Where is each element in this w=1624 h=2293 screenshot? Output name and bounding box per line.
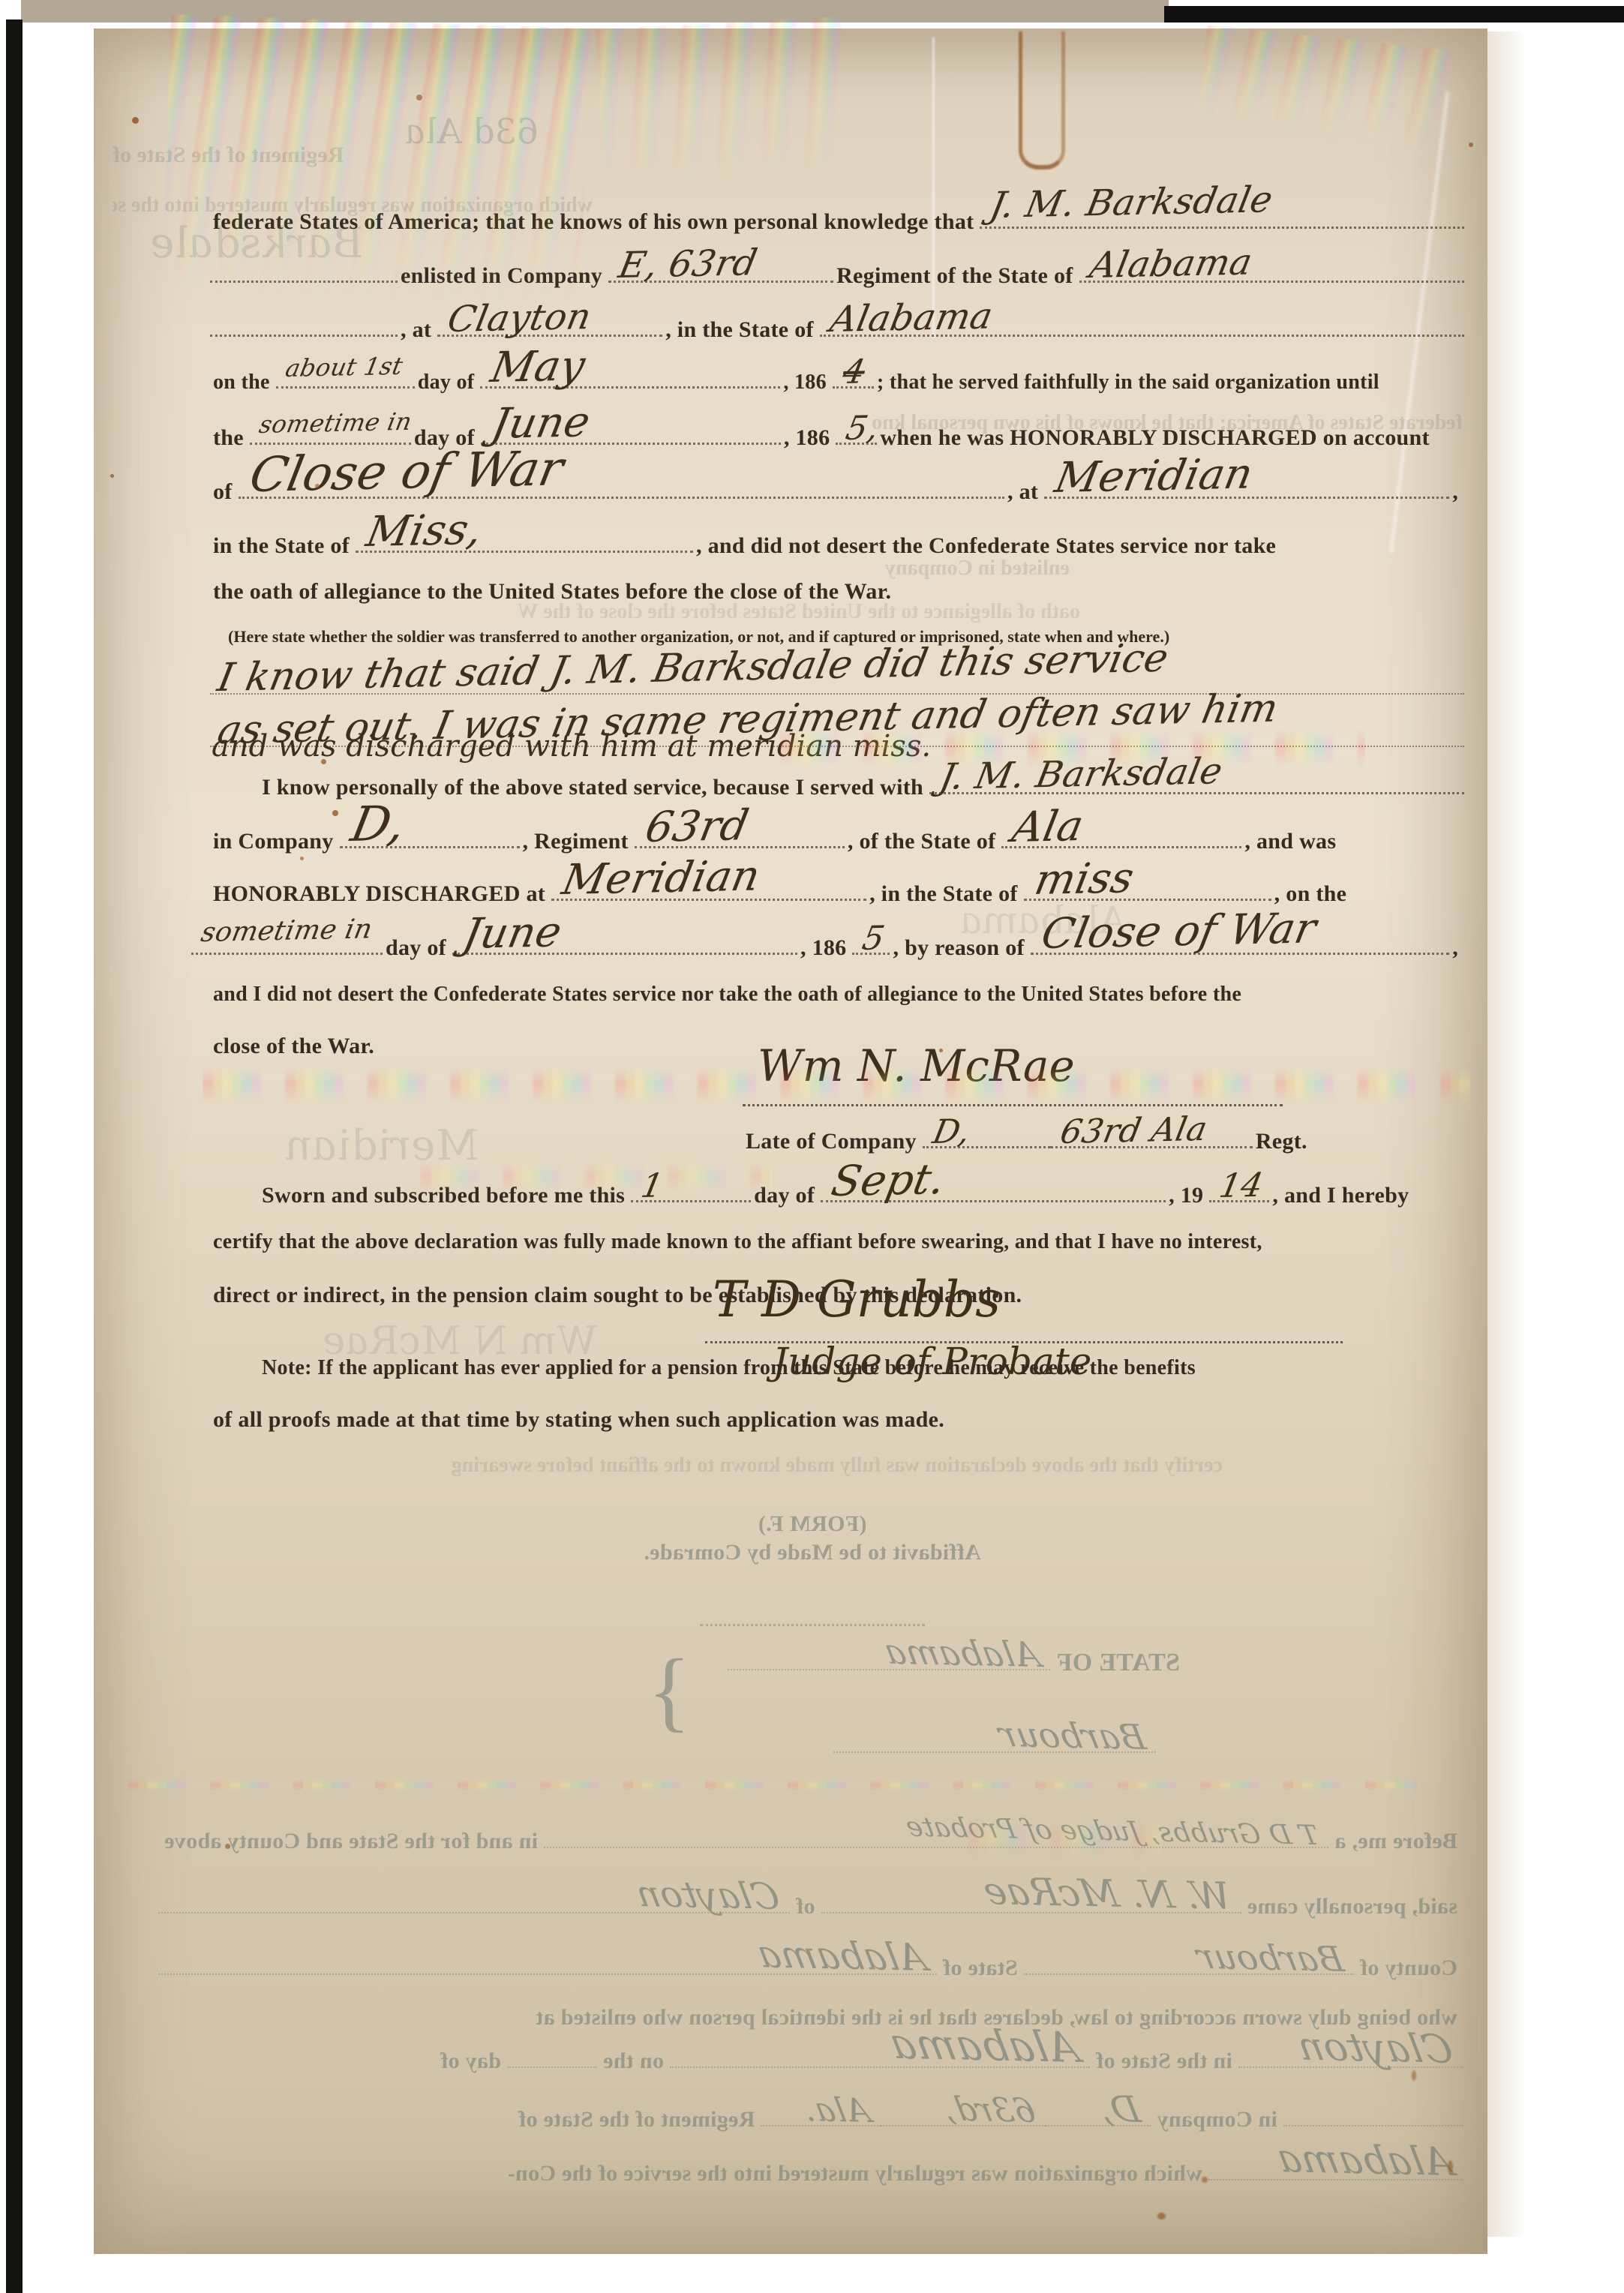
handwritten-month: June xyxy=(488,401,593,446)
blank-field: J. M. Barksdale xyxy=(929,768,1464,794)
ghost-text: certify that the above declaration was f… xyxy=(248,1454,1223,1478)
printed-text: of xyxy=(210,479,239,505)
blank-field: D, xyxy=(923,1122,1050,1148)
blank-field: miss xyxy=(1024,875,1271,901)
printed-text: of xyxy=(790,1894,821,1919)
handwritten-regiment: 63rd, xyxy=(941,2093,1039,2128)
handwritten-state: miss xyxy=(1031,857,1137,902)
blank-field xyxy=(507,2042,597,2068)
printed-text: , at xyxy=(398,317,437,343)
form-line-enlist-date: on the about 1st day of May , 186 4 ; th… xyxy=(210,365,1464,395)
handwritten-name: W. N. McRae xyxy=(980,1872,1233,1915)
handwritten-month: May xyxy=(488,346,589,390)
blank-field: Alabama xyxy=(1208,2155,1463,2180)
handwritten-reason: Close of War xyxy=(246,445,567,500)
handwritten-signature: Wm N. McRae xyxy=(758,1040,1075,1091)
handwritten-month: Sept. xyxy=(828,1158,949,1202)
form-line-witness-discharge: HONORABLY DISCHARGED at Meridian , in th… xyxy=(210,875,1464,907)
foxing-spot xyxy=(132,117,139,124)
handwritten-county: Barbour xyxy=(1193,1938,1346,1976)
blank-field: Close of War xyxy=(239,473,1004,499)
handwritten-soldier-name: J. M. Barksdale xyxy=(987,182,1276,224)
blank-field: 63rd xyxy=(635,822,845,848)
printed-text: Sworn and subscribed before me this xyxy=(259,1183,631,1208)
printed-text: in the State of xyxy=(210,533,356,559)
printed-text: , and I hereby xyxy=(1269,1183,1415,1208)
scanner-edge-strip xyxy=(21,0,1169,23)
printed-text: day of xyxy=(415,371,481,395)
foxing-spot xyxy=(321,759,326,764)
form-note-line1: Note: If the applicant has ever applied … xyxy=(259,1356,1464,1380)
judge-signature: T D Grubbs xyxy=(713,1275,1001,1325)
blank-field xyxy=(1283,2101,1463,2126)
printed-text: , xyxy=(1449,935,1464,961)
handwritten-year: 14 xyxy=(1217,1169,1265,1202)
blank-field: Meridian xyxy=(1044,473,1449,499)
form-line-enlisted: enlisted in Company E, 63rd Regiment of … xyxy=(210,257,1464,289)
blank-field: W. N. McRae xyxy=(821,1888,1241,1913)
printed-text: day of xyxy=(751,1183,821,1208)
printed-text: , of the State of xyxy=(845,829,1002,854)
blank-field: J. M. Barksdale xyxy=(980,203,1464,229)
ghost-text: Regiment of the State of xyxy=(113,143,344,168)
printed-text: close of the War. xyxy=(210,1034,380,1059)
handwritten-town: Clayton xyxy=(633,1876,782,1915)
blank-field: 5, xyxy=(836,419,877,445)
printed-text: the xyxy=(210,425,250,451)
printed-text: in Company xyxy=(210,829,340,854)
handwritten-statement-line3: and was discharged with him at meridian … xyxy=(212,731,931,761)
rust-staple-mark xyxy=(1019,32,1065,170)
printed-text: , xyxy=(1449,479,1464,505)
handwritten-year-digit: 5, xyxy=(843,412,881,446)
handwritten-text: and was discharged with him at meridian … xyxy=(212,729,931,764)
back-enlist-place-line: Clayton in the State of Alabama on the d… xyxy=(158,2042,1463,2074)
printed-text: , Regiment xyxy=(520,829,635,854)
blank-field: E, 63rd xyxy=(608,257,833,283)
foxing-spot xyxy=(1202,2177,1208,2183)
back-county-state-line: County of Barbour State of Alabama xyxy=(158,1949,1463,1981)
foxing-spot xyxy=(1469,143,1473,147)
printed-text: Before me, a xyxy=(1328,1829,1463,1854)
printed-text: Late of Company xyxy=(743,1129,923,1154)
handwritten-soldier-name: J. M. Barksdale xyxy=(937,753,1226,795)
scanner-black-edge xyxy=(6,20,23,2293)
foxing-spot xyxy=(1448,2160,1453,2174)
form-line-sworn: Sworn and subscribed before me this 1 da… xyxy=(259,1176,1464,1208)
blank-field: May xyxy=(480,365,780,389)
form-line-witness-date: sometime in day of June , 186 5 , by rea… xyxy=(191,929,1464,961)
form-note-line2: of all proofs made at that time by stati… xyxy=(210,1407,1464,1433)
printed-text: in and for the State and County above xyxy=(158,1829,544,1854)
printed-text: ; that he served faithfully in the said … xyxy=(874,371,1385,395)
back-sworn-line: who being duly sworn according to law, d… xyxy=(158,2005,1463,2030)
back-state-line: STATE OF Alabama xyxy=(511,1645,1186,1677)
handwritten-official: T D Grubbs, Judge of Probate xyxy=(904,1814,1321,1849)
handwritten-state: Alabama xyxy=(887,2023,1082,2069)
handwritten-regiment: 63rd xyxy=(642,805,752,849)
back-county-line: Barbour xyxy=(631,1727,1156,1753)
blank-field: Clayton xyxy=(437,311,662,337)
form-line-certify1: certify that the above declaration was f… xyxy=(210,1230,1464,1254)
handwritten-company: E, 63rd xyxy=(616,245,760,284)
handwritten-place: Meridian xyxy=(1052,453,1256,499)
witness-signature: Wm N. McRae xyxy=(758,1044,1075,1088)
crease-line xyxy=(932,38,935,338)
handwritten-state: Alabama xyxy=(1087,244,1255,283)
ghost-text: Meridian xyxy=(281,1121,483,1170)
blank-field: 1 xyxy=(631,1176,751,1202)
printed-text: Affidavit to be Made by Comrade. xyxy=(638,1540,987,1565)
printed-text: in Company xyxy=(1151,2107,1283,2132)
printed-text: , at xyxy=(1004,479,1044,505)
blank-field: Alabama xyxy=(1079,257,1464,283)
blank-field xyxy=(210,311,398,337)
blank-field: about 1st xyxy=(276,365,415,389)
blank-field: June xyxy=(452,929,797,955)
printed-text: , by reason of xyxy=(890,935,1030,961)
blank-field: Meridian xyxy=(551,875,866,901)
blank-field: 63rd Ala xyxy=(1050,1122,1253,1148)
printed-text: day of xyxy=(434,2048,507,2074)
blank-field: Alabama xyxy=(158,1949,937,1975)
foxing-spot xyxy=(315,484,320,488)
blank-field xyxy=(210,257,398,283)
handwritten-place: Meridian xyxy=(559,855,764,901)
blank-field: 5 xyxy=(852,929,890,955)
printed-text: Regiment of the State of xyxy=(833,263,1079,289)
blank-field: 14 xyxy=(1209,1176,1269,1202)
printed-text: and I did not desert the Confederate Sta… xyxy=(210,983,1247,1007)
bleed-through-back-page: (FORM F.) Affidavit to be Made by Comrad… xyxy=(116,1496,1508,2255)
blank-field: Miss, xyxy=(356,527,693,553)
handwritten-state: Alabama xyxy=(754,1935,929,1976)
ghost-text: enlisted in Company xyxy=(885,557,1070,581)
printed-text: , and was xyxy=(1241,829,1342,854)
handwritten-state: Ala xyxy=(1009,806,1087,849)
back-form-label: (FORM F.) xyxy=(116,1511,1508,1537)
form-line-oath: the oath of allegiance to the United Sta… xyxy=(210,579,1464,605)
blank-field: Close of War xyxy=(1031,929,1449,955)
blank-field: D, xyxy=(1046,2101,1151,2126)
foxing-spot xyxy=(1157,2213,1166,2219)
printed-text: Note: If the applicant has ever applied … xyxy=(259,1356,1202,1380)
foxing-spot xyxy=(939,1049,943,1052)
scanner-black-bar xyxy=(1164,6,1624,23)
printed-text: certify that the above declaration was f… xyxy=(210,1230,1268,1254)
blank-field: D, xyxy=(340,822,520,848)
blank-field: Alabama xyxy=(670,2042,1090,2068)
handwritten-company: D, xyxy=(1097,2090,1143,2127)
form-line-discharge-reason: of Close of War , at Meridian , xyxy=(210,473,1464,505)
form-line-no-desert: and I did not desert the Confederate Sta… xyxy=(210,983,1464,1007)
printed-text: , 186 xyxy=(780,371,833,395)
ghost-text: 63d Ala xyxy=(401,111,542,152)
handwritten-company: D, xyxy=(930,1115,973,1148)
printed-text: State of xyxy=(937,1955,1024,1981)
printed-text: , 186 xyxy=(781,425,836,451)
form-line-served-with: I know personally of the above stated se… xyxy=(259,768,1464,800)
handwritten-month: June xyxy=(460,911,565,956)
blank-field: Ala xyxy=(1001,822,1241,848)
foxing-spot xyxy=(416,95,422,101)
handwritten-text: I know that said J. M. Barksdale did thi… xyxy=(215,639,1172,698)
foxing-spot xyxy=(300,857,304,860)
blank-field: Clayton xyxy=(1238,2042,1463,2068)
blank-field: sometime in xyxy=(250,419,411,445)
printed-text: on the xyxy=(210,371,276,395)
blank-field: Clayton xyxy=(158,1888,790,1913)
printed-text: , on the xyxy=(1271,881,1353,907)
handwritten-state-abbr: Ala. xyxy=(801,2093,873,2128)
printed-text: of all proofs made at that time by stati… xyxy=(210,1407,950,1433)
handwritten-day: sometime in xyxy=(257,409,414,436)
handwritten-state: Alabama xyxy=(1274,2139,1456,2182)
printed-text: , in the State of xyxy=(866,881,1024,907)
back-title: Affidavit to be Made by Comrade. xyxy=(116,1540,1508,1565)
foxing-spot xyxy=(225,1844,230,1849)
back-before-me-line: Before me, a T D Grubbs, Judge of Probat… xyxy=(158,1823,1463,1854)
printed-text: } xyxy=(647,1640,691,1740)
printed-text: day of xyxy=(383,935,452,961)
printed-text: HONORABLY DISCHARGED at xyxy=(210,881,551,907)
printed-text: County of xyxy=(1354,1955,1463,1981)
back-company-line: in Company D, 63rd, Ala. Regiment of the… xyxy=(158,2101,1463,2132)
handwritten-town: Clayton xyxy=(1295,2027,1456,2069)
handwritten-county: Barbour xyxy=(995,1716,1148,1754)
back-rule xyxy=(700,1624,925,1626)
printed-text: in the State of xyxy=(1090,2048,1238,2074)
printed-text: I know personally of the above stated se… xyxy=(259,775,929,800)
handwritten-state: Miss, xyxy=(363,509,485,553)
form-line-discharge-state: in the State of Miss, , and did not dese… xyxy=(210,527,1464,559)
form-line-knowledge: federate States of America; that he know… xyxy=(210,203,1464,235)
printed-text: said, personally came xyxy=(1241,1894,1463,1919)
handwritten-day: about 1st xyxy=(284,354,405,380)
printed-text: the oath of allegiance to the United Sta… xyxy=(210,579,897,605)
blank-field: Ala. xyxy=(761,2101,881,2126)
blank-field: June xyxy=(481,419,781,445)
blank-field: T D Grubbs, Judge of Probate xyxy=(544,1823,1328,1848)
blank-field: 63rd, xyxy=(881,2101,1046,2126)
printed-text: on the xyxy=(597,2048,670,2074)
foxing-spot xyxy=(1412,2070,1416,2081)
form-line-place: , at Clayton , in the State of Alabama xyxy=(210,311,1464,343)
handwritten-state: Alabama xyxy=(881,1634,1043,1671)
handwritten-regiment: 63rd Ala xyxy=(1058,1112,1210,1148)
back-mustered-line: Alabama which organization was regularly… xyxy=(158,2155,1463,2186)
form-line-witness-company: in Company D, , Regiment 63rd , of the S… xyxy=(210,822,1464,854)
back-personally-came-line: said, personally came W. N. McRae of Cla… xyxy=(158,1888,1463,1919)
handwritten-company: D, xyxy=(347,800,410,848)
blank-field: sometime in xyxy=(191,929,383,955)
printed-text: which organization was regularly mustere… xyxy=(502,2161,1208,2186)
handwritten-reason: Close of War xyxy=(1038,908,1319,956)
blank-field: Barbour xyxy=(1024,1949,1354,1975)
blank-field: 4 xyxy=(833,365,874,389)
foxing-spot xyxy=(968,1074,971,1077)
printed-text: (FORM F.) xyxy=(752,1511,873,1537)
printed-text: enlisted in Company xyxy=(398,263,608,289)
blank-field: Alabama xyxy=(728,1645,1050,1670)
form-line-late-of-company: Late of Company D, 63rd Ala Regt. xyxy=(743,1122,1464,1154)
printed-text: when he was HONORABLY DISCHARGED on acco… xyxy=(877,425,1435,451)
foxing-spot xyxy=(332,810,338,816)
printed-text: Regiment of the State of xyxy=(512,2107,761,2132)
printed-text: , in the State of xyxy=(662,317,820,343)
blank-field: Sept. xyxy=(821,1176,1166,1202)
handwritten-day: sometime in xyxy=(199,916,374,947)
printed-text: STATE OF xyxy=(1050,1649,1186,1677)
blank-field: Barbour xyxy=(833,1727,1156,1753)
printed-text: Regt. xyxy=(1253,1129,1313,1154)
signature-line xyxy=(743,1104,1283,1106)
handwritten-town: Clayton xyxy=(445,299,594,338)
foxing-spot xyxy=(110,474,114,478)
printed-text: federate States of America; that he know… xyxy=(210,209,980,235)
printed-text: , 186 xyxy=(797,935,853,961)
handwritten-state: Alabama xyxy=(827,298,995,337)
handwritten-signature: T D Grubbs xyxy=(713,1271,1001,1328)
blank-field: Alabama xyxy=(820,311,1464,337)
scanned-document-page: Regiment of the State of 63d Ala which o… xyxy=(0,0,1624,2293)
printed-text: , 19 xyxy=(1166,1183,1209,1208)
printed-text: , and did not desert the Confederate Sta… xyxy=(693,533,1282,559)
